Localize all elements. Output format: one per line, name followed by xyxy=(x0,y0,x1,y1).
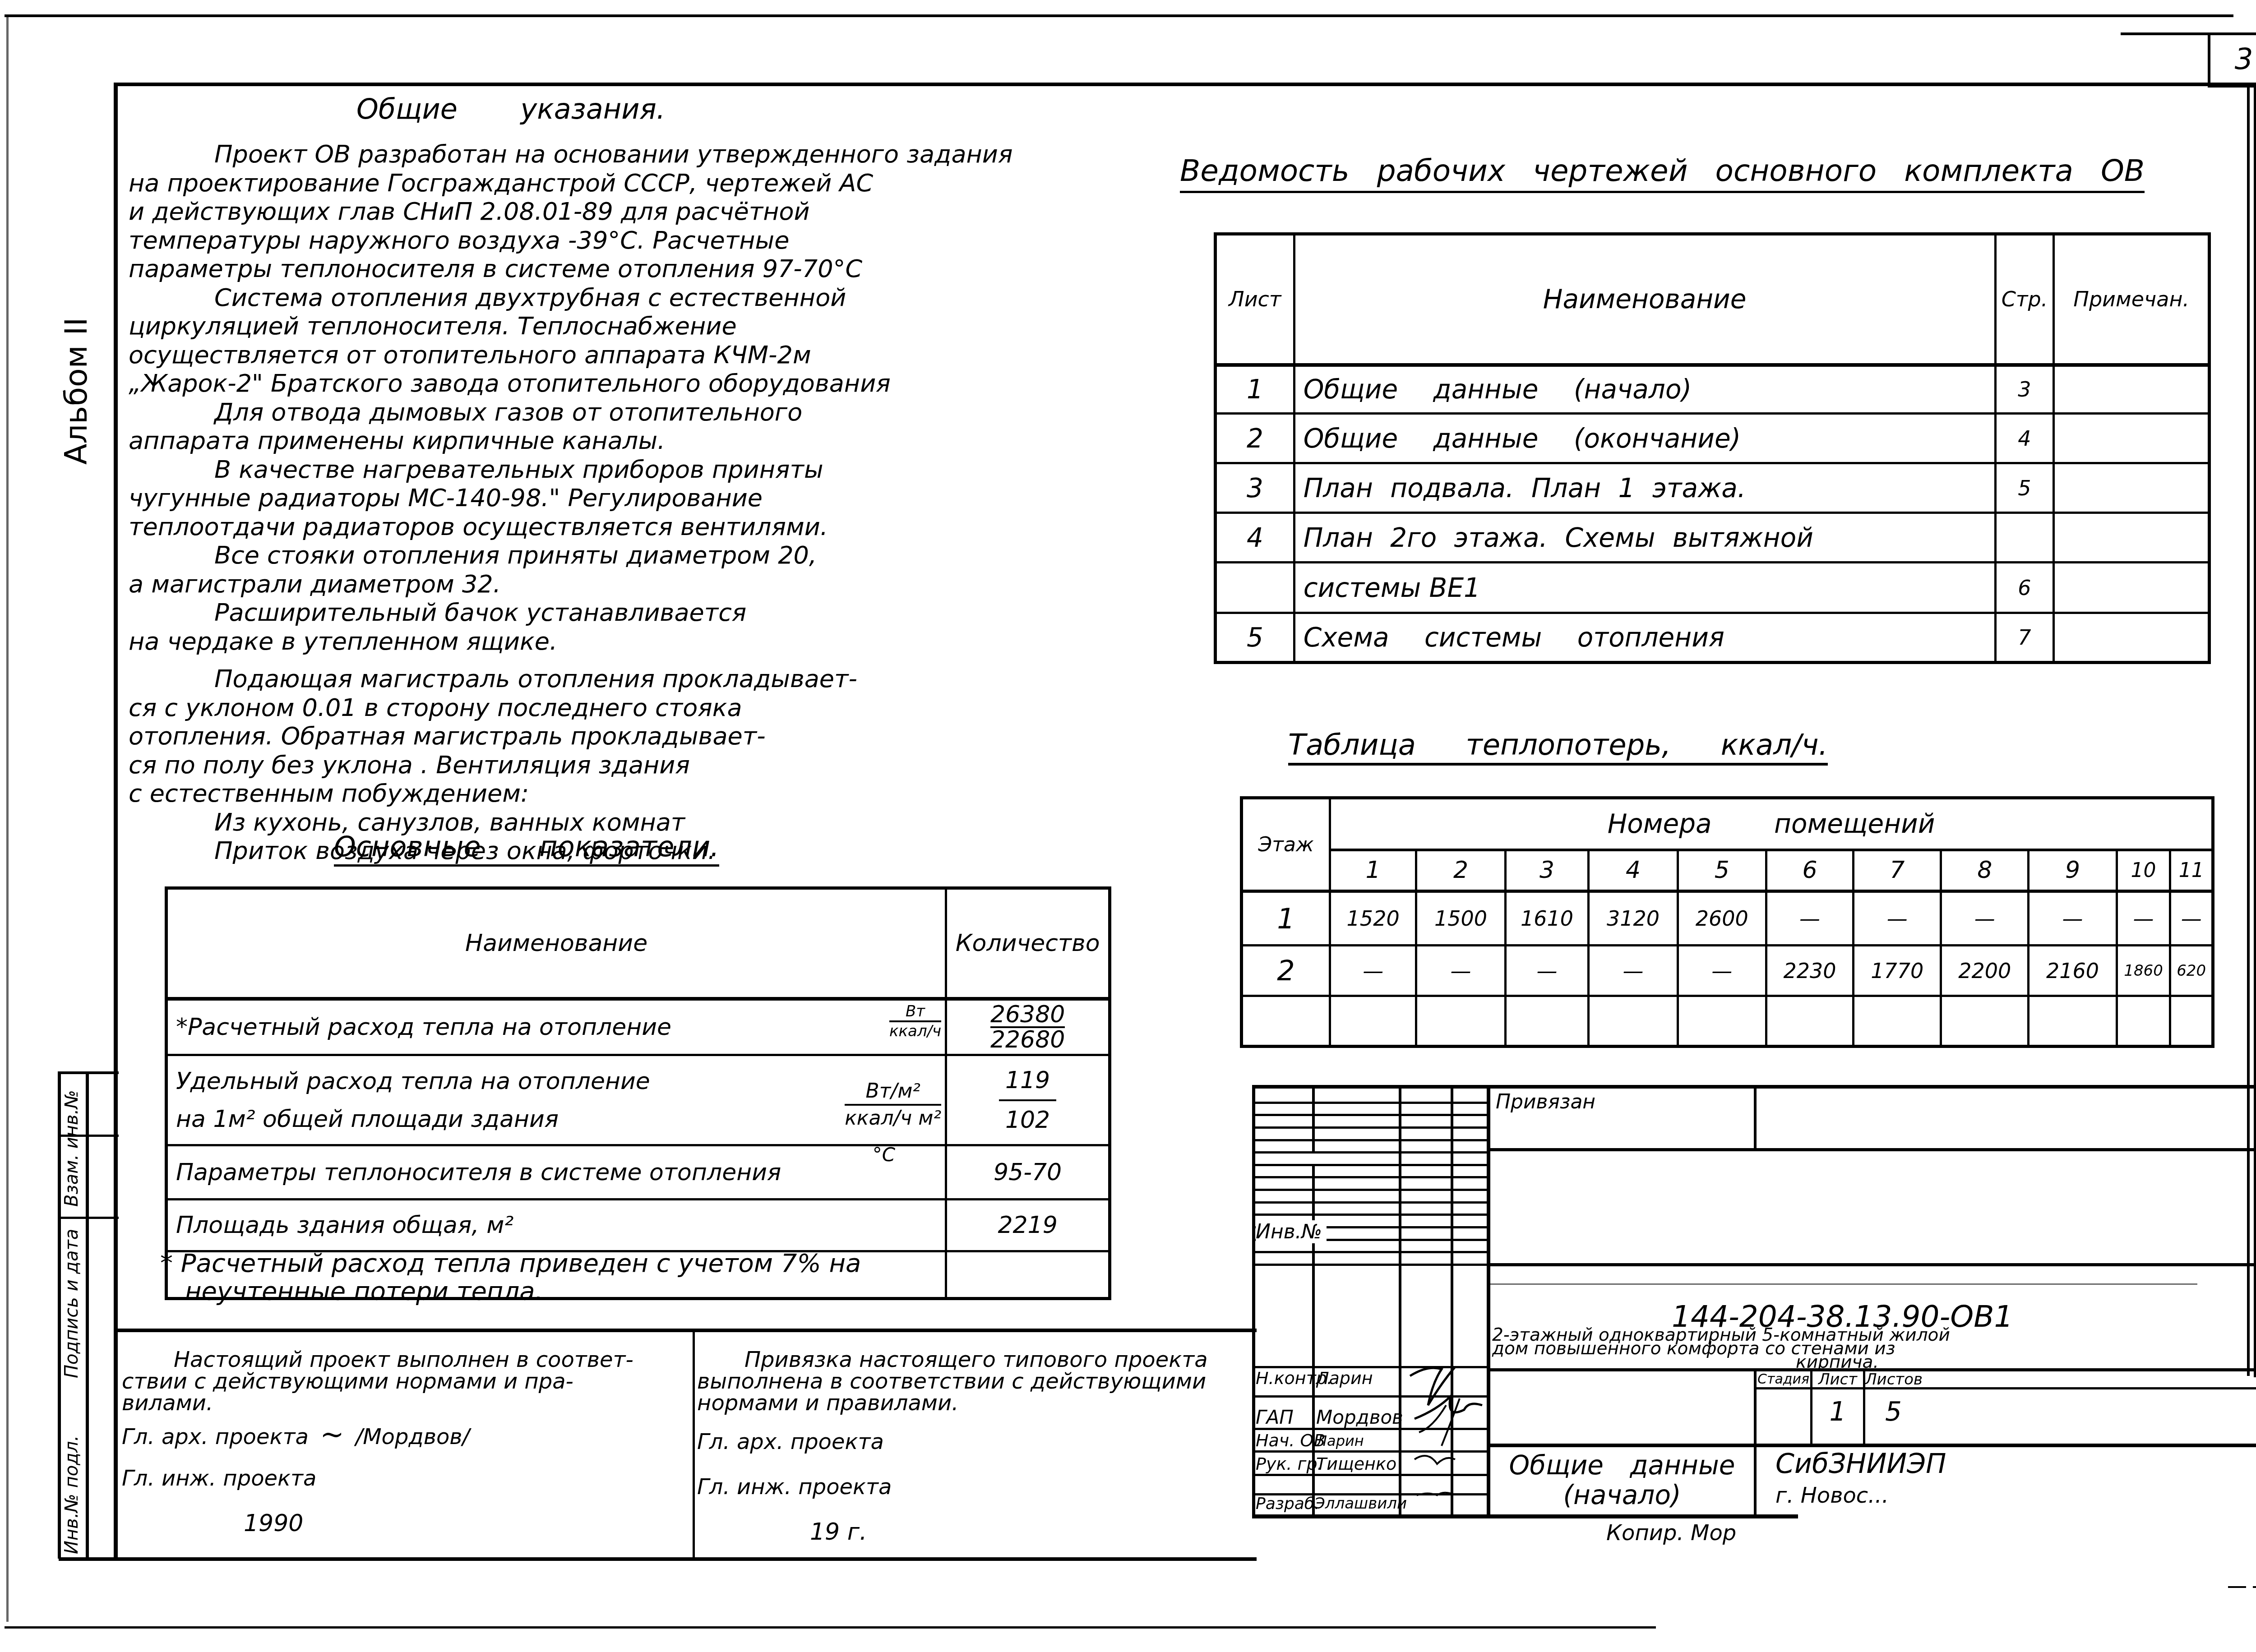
chief-engineer-label: Гл. инж. проекта xyxy=(697,1476,1257,1498)
heat-loss-value: — xyxy=(1589,946,1678,996)
instr-line: аппарата применены кирпичные каналы. xyxy=(129,426,1012,455)
drawing-name: системы ВЕ1 xyxy=(1294,563,1995,613)
instr-line: на проектирование Госгражданстрой СССР, … xyxy=(129,169,1012,198)
compliance-divider xyxy=(693,1331,695,1559)
signature-role-razrab: Разраб. xyxy=(1256,1495,1319,1513)
instr-line: Расширительный бачок устанавливается xyxy=(129,598,1012,627)
drawings-row: системы ВЕ1 6 xyxy=(1216,563,2210,613)
room-number: 10 xyxy=(2117,850,2170,891)
drawing-name: План подвала. План 1 этажа. xyxy=(1294,463,1995,513)
indicators-header-qty: Количество xyxy=(946,888,1110,999)
drawing-sheet: 5 xyxy=(1216,613,1294,663)
footnote-line: неучтенные потери тепла. xyxy=(160,1278,861,1306)
instr-line: осуществляется от отопительного аппарата… xyxy=(129,341,1012,369)
stamp-inv-podl: Инв.№ подл. xyxy=(61,1435,82,1554)
sheet-label: Лист xyxy=(1812,1372,1863,1387)
compliance-text: Настоящий проект выполнен в соответ- xyxy=(122,1349,690,1371)
organization-name: СибЗНИИЭП xyxy=(1775,1448,1946,1480)
drawing-sheet: 1 xyxy=(1216,365,1294,414)
signature-name-nach-ov: Ларин xyxy=(1316,1432,1364,1449)
inv-number-label: Инв.№ xyxy=(1256,1220,1327,1243)
drawing-page: 6 xyxy=(1995,563,2054,613)
heat-loss-value: 2600 xyxy=(1678,891,1766,946)
drawings-row: 3 План подвала. План 1 этажа. 5 xyxy=(1216,463,2210,513)
instr-line: теплоотдачи радиаторов осуществляется ве… xyxy=(129,512,1012,541)
stamp-top-extension xyxy=(2121,32,2211,35)
drawings-header-sheet: Лист xyxy=(1216,234,1294,365)
instr-line: Все стояки отопления приняты диаметром 2… xyxy=(129,541,1012,570)
heat-loss-value: 2200 xyxy=(1941,946,2029,996)
drawings-row: 4 План 2го этажа. Схемы вытяжной xyxy=(1216,513,2210,563)
heat-loss-value: — xyxy=(2029,891,2117,946)
instr-line: Подающая магистраль отопления прокладыва… xyxy=(129,664,1012,693)
compliance-text: выполнена в соответствии с действующими xyxy=(697,1371,1257,1392)
drawing-name: План 2го этажа. Схемы вытяжной xyxy=(1294,513,1995,563)
drawing-page: 7 xyxy=(1995,613,2054,663)
left-stamps-column: Взам. инв.№ Подпись и дата Инв.№ подл. xyxy=(58,1071,119,1559)
footnote: * Расчетный расход тепла приведен с учет… xyxy=(160,1250,861,1306)
indicator-name: Параметры теплоносителя в системе отопле… xyxy=(176,1159,781,1186)
sheet-value: 1 xyxy=(1812,1396,1863,1427)
heat-loss-row-floor-1: 1 1520 1500 1610 3120 2600 — — — — — — xyxy=(1242,891,2213,946)
drawings-row: 2 Общие данные (окончание) 4 xyxy=(1216,414,2210,463)
instr-line: Проект ОВ разработан на основании утверж… xyxy=(129,140,1012,169)
indicator-value: 95-70 xyxy=(946,1145,1110,1200)
chief-architect-label: Гл. арх. проекта xyxy=(122,1424,309,1449)
title-block: Инв.№ Н.контр. Ларин ГАП Мордвов Нач. ОВ… xyxy=(1252,1085,2256,1518)
instr-line: ся с уклоном 0.01 в сторону последнего с… xyxy=(129,693,1012,722)
sheet-title-line: (начало) xyxy=(1491,1480,1753,1510)
room-number: 8 xyxy=(1941,850,2029,891)
instr-line: на чердаке в утепленном ящике. xyxy=(129,627,1012,656)
drawings-row: 1 Общие данные (начало) 3 xyxy=(1216,365,2210,414)
indicator-value-top: 119 xyxy=(999,1061,1056,1101)
heat-loss-value: 1520 xyxy=(1330,891,1416,946)
drawing-note xyxy=(2054,463,2210,513)
heat-loss-value: — xyxy=(1766,891,1854,946)
sheets-label: Листов xyxy=(1865,1372,1922,1387)
indicator-name: Площадь здания общая, м² xyxy=(166,1200,946,1251)
indicator-value-bottom: 22680 xyxy=(990,1028,1065,1052)
linked-label: Привязан xyxy=(1496,1090,1595,1113)
indicator-name: Удельный расход тепла на отопление xyxy=(176,1062,937,1100)
instr-line: а магистрали диаметром 32. xyxy=(129,570,1012,599)
edge-mark xyxy=(2253,1586,2256,1588)
signature-role-nach-ov: Нач. ОВ xyxy=(1256,1431,1325,1450)
floor-number: 1 xyxy=(1242,891,1330,946)
indicator-value: 2219 xyxy=(946,1200,1110,1251)
footnote-line: * Расчетный расход тепла приведен с учет… xyxy=(160,1250,861,1278)
instr-line: отопления. Обратная магистраль прокладыв… xyxy=(129,722,1012,751)
room-number: 7 xyxy=(1854,850,1941,891)
heat-loss-value: 620 xyxy=(2170,946,2213,996)
heat-loss-value: 3120 xyxy=(1589,891,1678,946)
signature-name-gap: Мордвов xyxy=(1316,1406,1403,1428)
heat-loss-value: — xyxy=(2170,891,2213,946)
indicator-unit-bottom: ккал/ч xyxy=(889,1022,941,1040)
drawing-sheet: 4 xyxy=(1216,513,1294,563)
instr-line: и действующих глав СНиП 2.08.01-89 для р… xyxy=(129,197,1012,226)
heat-loss-value: — xyxy=(1854,891,1941,946)
drawing-note xyxy=(2054,414,2210,463)
frame-bottom xyxy=(59,1557,1257,1561)
compliance-year: 19 г. xyxy=(697,1521,1257,1543)
signature-role-ruk-gr: Рук. гр. xyxy=(1256,1454,1323,1474)
drawing-sheet: 3 xyxy=(1216,463,1294,513)
sheet-title-line: Общие данные xyxy=(1491,1450,1753,1480)
general-instructions-title: Общие указания. xyxy=(356,92,666,125)
instr-line: циркуляцией теплоносителя. Теплоснабжени… xyxy=(129,312,1012,341)
heat-loss-row-empty xyxy=(1242,996,2213,1047)
chief-architect-signature: ~ xyxy=(315,1418,349,1451)
drawings-list-table: Лист Наименование Стр. Примечан. 1 Общие… xyxy=(1214,232,2211,664)
drawing-page: 5 xyxy=(1995,463,2054,513)
room-number: 9 xyxy=(2029,850,2117,891)
signature-name-n-kontr: Ларин xyxy=(1316,1368,1373,1388)
drawings-header-name: Наименование xyxy=(1294,234,1995,365)
room-number: 5 xyxy=(1678,850,1766,891)
instr-line: Система отопления двухтрубная с естестве… xyxy=(129,283,1012,312)
heat-loss-value: — xyxy=(1678,946,1766,996)
compliance-text: ствии с действующими нормами и пра- xyxy=(122,1371,690,1392)
indicator-row: Удельный расход тепла на отопление на 1м… xyxy=(166,1055,1110,1145)
floor-number: 2 xyxy=(1242,946,1330,996)
chief-architect-name: /Мордвов/ xyxy=(356,1424,470,1449)
heat-loss-value: 2160 xyxy=(2029,946,2117,996)
general-instructions-text: Проект ОВ разработан на основании утверж… xyxy=(129,140,1012,865)
indicator-unit: °С xyxy=(873,1144,895,1166)
room-number: 1 xyxy=(1330,850,1416,891)
room-number: 2 xyxy=(1416,850,1506,891)
drawing-name: Схема системы отопления xyxy=(1294,613,1995,663)
indicator-unit-bottom: ккал/ч м² xyxy=(845,1106,941,1131)
drawings-row: 5 Схема системы отопления 7 xyxy=(1216,613,2210,663)
heat-loss-value: 1610 xyxy=(1505,891,1588,946)
instr-line: температуры наружного воздуха -39°С. Рас… xyxy=(129,226,1012,255)
organization-city: г. Новос... xyxy=(1775,1480,1946,1511)
heat-loss-table: Этаж Номера помещений 1 2 3 4 5 6 7 8 9 … xyxy=(1240,796,2214,1048)
stage-label: Стадия xyxy=(1757,1372,1810,1387)
drawing-name: Общие данные (окончание) xyxy=(1294,414,1995,463)
room-number: 3 xyxy=(1505,850,1588,891)
drawing-page xyxy=(1995,513,2054,563)
edge-mark xyxy=(2228,1586,2246,1588)
signature-name-razrab: Эллашвили xyxy=(1314,1495,1407,1513)
chief-architect-label: Гл. арх. проекта xyxy=(697,1431,1257,1453)
instr-line: параметры теплоносителя в системе отопле… xyxy=(129,254,1012,283)
heat-loss-value: — xyxy=(2117,891,2170,946)
indicator-unit-top: Вт xyxy=(889,1002,941,1022)
main-indicators-title: Основные показатели. xyxy=(334,830,719,863)
compliance-text: вилами. xyxy=(122,1392,690,1414)
frame-top xyxy=(115,83,2256,86)
drawing-note xyxy=(2054,563,2210,613)
heat-loss-value: — xyxy=(1330,946,1416,996)
sheet-top-edge xyxy=(5,14,2233,17)
drawing-page: 3 xyxy=(1995,365,2054,414)
indicators-header-name: Наименование xyxy=(166,888,946,999)
project-description-text: 2-этажный одноквартирный 5-комнатный жил… xyxy=(1492,1329,2255,1369)
indicator-row: Параметры теплоносителя в системе отопле… xyxy=(166,1145,1110,1200)
signature-name-ruk-gr: Тищенко xyxy=(1316,1454,1396,1474)
heat-loss-header-floor: Этаж xyxy=(1242,798,1330,891)
instr-line: чугунные радиаторы МС-140-98." Регулиров… xyxy=(129,484,1012,512)
compliance-text: нормами и правилами. xyxy=(697,1392,1257,1414)
indicator-unit-top: Вт/м² xyxy=(845,1079,941,1106)
indicator-name: на 1м² общей площади здания xyxy=(176,1100,937,1138)
sheet-number: 3 xyxy=(2210,35,2256,84)
chief-engineer-label: Гл. инж. проекта xyxy=(122,1467,690,1489)
indicator-value-top: 26380 xyxy=(990,1003,1065,1028)
compliance-top-border xyxy=(115,1329,1257,1332)
signature-role-gap: ГАП xyxy=(1256,1406,1294,1428)
compliance-year: 1990 xyxy=(122,1513,690,1534)
indicator-row: *Расчетный расход тепла на отопление Вт … xyxy=(166,999,1110,1055)
indicator-value-bottom: 102 xyxy=(1005,1101,1050,1139)
room-number: 11 xyxy=(2170,850,2213,891)
drawing-name: Общие данные (начало) xyxy=(1294,365,1995,414)
organization: СибЗНИИЭП г. Новос... xyxy=(1775,1448,1946,1511)
copied-by-label: Копир. Мор xyxy=(1606,1520,1736,1546)
compliance-left: Настоящий проект выполнен в соответ- ств… xyxy=(122,1349,690,1534)
heat-loss-value: 1500 xyxy=(1416,891,1506,946)
heat-loss-value: — xyxy=(1941,891,2029,946)
drawing-note xyxy=(2054,513,2210,563)
drawing-page: 4 xyxy=(1995,414,2054,463)
room-number: 4 xyxy=(1589,850,1678,891)
instr-line: В качестве нагревательных приборов приня… xyxy=(129,455,1012,484)
indicator-name: *Расчетный расход тепла на отопление xyxy=(176,1014,671,1041)
heat-loss-row-floor-2: 2 — — — — — 2230 1770 2200 2160 1860 620 xyxy=(1242,946,2213,996)
stamp-signature-date: Подпись и дата xyxy=(61,1229,82,1378)
compliance-right: Привязка настоящего типового проекта вып… xyxy=(697,1349,1257,1543)
album-label: Альбом II xyxy=(59,317,94,465)
compliance-text: Привязка настоящего типового проекта xyxy=(697,1349,1257,1371)
heat-loss-value: 1860 xyxy=(2117,946,2170,996)
sheets-value: 5 xyxy=(1865,1396,1922,1427)
drawings-header-page: Стр. xyxy=(1995,234,2054,365)
sheet-title: Общие данные (начало) xyxy=(1491,1450,1753,1510)
drawings-header-note: Примечан. xyxy=(2054,234,2210,365)
heat-loss-value: 1770 xyxy=(1854,946,1941,996)
instr-line: с естественным побуждением: xyxy=(129,779,1012,808)
sheet-bottom-edge xyxy=(5,1626,1656,1629)
sheet-number-stamp: 3 xyxy=(2208,32,2256,88)
drawing-sheet xyxy=(1216,563,1294,613)
room-number: 6 xyxy=(1766,850,1854,891)
drawing-note xyxy=(2054,613,2210,663)
heat-loss-value: — xyxy=(1505,946,1588,996)
instr-line: ся по полу без уклона . Вентиляция здани… xyxy=(129,751,1012,780)
drawing-note xyxy=(2054,365,2210,414)
indicator-row: Площадь здания общая, м² 2219 xyxy=(166,1200,1110,1251)
drawing-sheet: 2 xyxy=(1216,414,1294,463)
instr-line: Для отвода дымовых газов от отопительног… xyxy=(129,398,1012,427)
heat-loss-value: — xyxy=(1416,946,1506,996)
sheet-left-edge xyxy=(6,16,9,1622)
heat-loss-header-rooms: Номера помещений xyxy=(1330,798,2213,850)
drawings-list-title: Ведомость рабочих чертежей основного ком… xyxy=(1180,153,2145,193)
heat-loss-title: Таблица теплопотерь, ккал/ч. xyxy=(1288,729,1828,766)
stamp-vzam-inv: Взам. инв.№ xyxy=(61,1090,82,1207)
main-indicators-table: Наименование Количество *Расчетный расхо… xyxy=(165,886,1111,1300)
heat-loss-value: 2230 xyxy=(1766,946,1854,996)
instr-line: „Жарок-2" Братского завода отопительного… xyxy=(129,369,1012,398)
indicator-value xyxy=(946,1251,1110,1299)
